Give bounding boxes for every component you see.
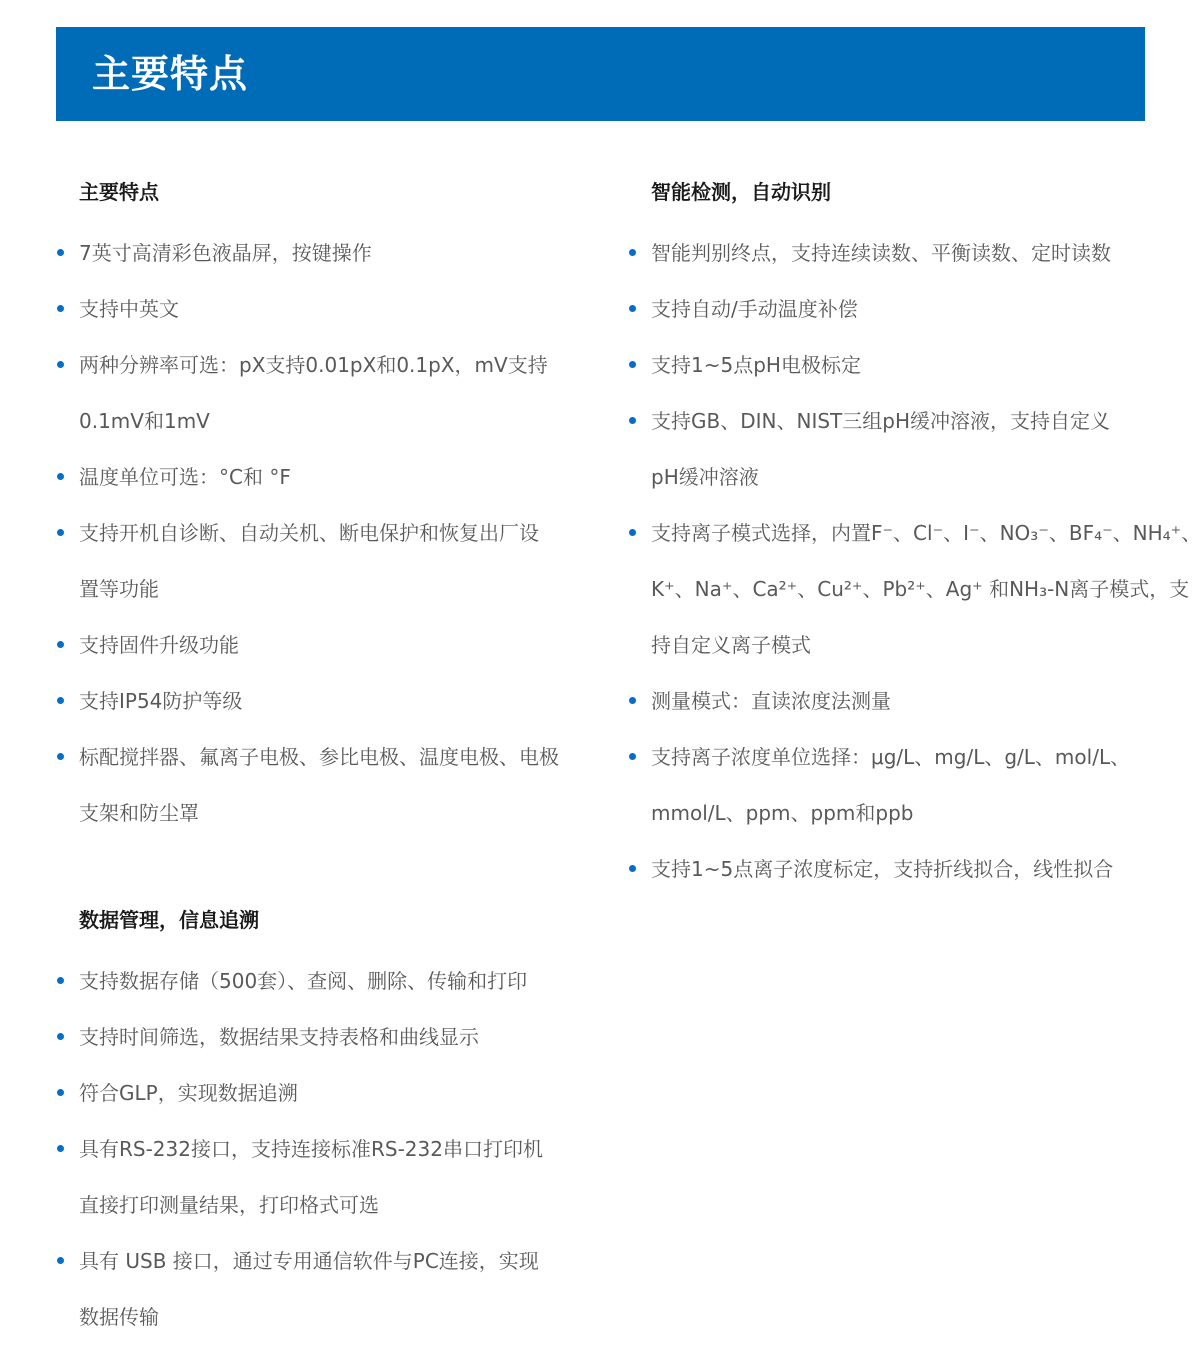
feature-list: 智能判别终点，支持连续读数、平衡读数、定时读数 支持自动/手动温度补偿 支持1~…: [628, 225, 1188, 897]
item-text: 支持时间筛选，数据结果支持表格和曲线显示: [79, 1009, 616, 1065]
item-text: 支持中英文: [79, 281, 616, 337]
item-text: pH缓冲溶液: [651, 449, 1188, 505]
bullet-dot-icon: [57, 1033, 64, 1040]
bullet-dot-icon: [57, 249, 64, 256]
item-text: 支持离子模式选择，内置F⁻、Cl⁻、I⁻、NO₃⁻、BF₄⁻、NH₄⁺、: [651, 505, 1188, 561]
list-item: 具有RS-232接口，支持连接标准RS-232串口打印机 直接打印测量结果，打印…: [56, 1121, 616, 1233]
list-item: 支持GB、DIN、NIST三组pH缓冲溶液，支持自定义 pH缓冲溶液: [628, 393, 1188, 505]
section-title: 主要特点: [79, 177, 159, 207]
item-text: 温度单位可选：°C和 °F: [79, 449, 616, 505]
item-text: 支架和防尘罩: [79, 785, 616, 841]
list-item: 支持IP54防护等级: [56, 673, 616, 729]
item-text: mmol/L、ppm、ppm和ppb: [651, 785, 1188, 841]
list-item: 支持固件升级功能: [56, 617, 616, 673]
item-text: 两种分辨率可选：pX支持0.01pX和0.1pX，mV支持: [79, 337, 616, 393]
item-text: 测量模式：直读浓度法测量: [651, 673, 1188, 729]
bullet-dot-icon: [57, 697, 64, 704]
list-item: 支持时间筛选，数据结果支持表格和曲线显示: [56, 1009, 616, 1065]
item-text: 支持IP54防护等级: [79, 673, 616, 729]
list-item: 支持自动/手动温度补偿: [628, 281, 1188, 337]
item-text: 支持GB、DIN、NIST三组pH缓冲溶液，支持自定义: [651, 393, 1188, 449]
header-banner: 主要特点: [56, 27, 1145, 121]
list-item: 7英寸高清彩色液晶屏，按键操作: [56, 225, 616, 281]
list-item: 符合GLP，实现数据追溯: [56, 1065, 616, 1121]
list-item: 支持1~5点pH电极标定: [628, 337, 1188, 393]
item-text: 符合GLP，实现数据追溯: [79, 1065, 616, 1121]
list-item: 温度单位可选：°C和 °F: [56, 449, 616, 505]
list-item: 具有 USB 接口，通过专用通信软件与PC连接，实现 数据传输: [56, 1233, 616, 1345]
item-text: 0.1mV和1mV: [79, 393, 616, 449]
bullet-dot-icon: [57, 1089, 64, 1096]
section-title: 智能检测，自动识别: [651, 177, 831, 207]
bullet-dot-icon: [57, 305, 64, 312]
item-text: 智能判别终点，支持连续读数、平衡读数、定时读数: [651, 225, 1188, 281]
item-text: 支持自动/手动温度补偿: [651, 281, 1188, 337]
item-text: 支持固件升级功能: [79, 617, 616, 673]
item-text: 标配搅拌器、氟离子电极、参比电极、温度电极、电极: [79, 729, 616, 785]
item-text: 持自定义离子模式: [651, 617, 1188, 673]
item-text: K⁺、Na⁺、Ca²⁺、Cu²⁺、Pb²⁺、Ag⁺ 和NH₃-N离子模式，支: [651, 561, 1188, 617]
feature-list: 支持数据存储（500套）、查阅、删除、传输和打印 支持时间筛选，数据结果支持表格…: [56, 953, 616, 1345]
list-item: 支持数据存储（500套）、查阅、删除、传输和打印: [56, 953, 616, 1009]
list-item: 支持离子模式选择，内置F⁻、Cl⁻、I⁻、NO₃⁻、BF₄⁻、NH₄⁺、 K⁺、…: [628, 505, 1188, 673]
item-text: 具有 USB 接口，通过专用通信软件与PC连接，实现: [79, 1233, 616, 1289]
bullet-dot-icon: [629, 417, 636, 424]
item-text: 支持1~5点pH电极标定: [651, 337, 1188, 393]
list-item: 支持1~5点离子浓度标定，支持折线拟合，线性拟合: [628, 841, 1188, 897]
item-text: 支持开机自诊断、自动关机、断电保护和恢复出厂设: [79, 505, 616, 561]
bullet-dot-icon: [57, 977, 64, 984]
feature-list: 7英寸高清彩色液晶屏，按键操作 支持中英文 两种分辨率可选：pX支持0.01pX…: [56, 225, 616, 841]
list-item: 支持开机自诊断、自动关机、断电保护和恢复出厂设 置等功能: [56, 505, 616, 617]
bullet-dot-icon: [629, 697, 636, 704]
item-text: 7英寸高清彩色液晶屏，按键操作: [79, 225, 616, 281]
item-text: 支持1~5点离子浓度标定，支持折线拟合，线性拟合: [651, 841, 1188, 897]
item-text: 具有RS-232接口，支持连接标准RS-232串口打印机: [79, 1121, 616, 1177]
item-text: 支持数据存储（500套）、查阅、删除、传输和打印: [79, 953, 616, 1009]
bullet-dot-icon: [57, 1145, 64, 1152]
bullet-dot-icon: [629, 529, 636, 536]
list-item: 智能判别终点，支持连续读数、平衡读数、定时读数: [628, 225, 1188, 281]
bullet-dot-icon: [57, 753, 64, 760]
bullet-dot-icon: [629, 249, 636, 256]
list-item: 两种分辨率可选：pX支持0.01pX和0.1pX，mV支持 0.1mV和1mV: [56, 337, 616, 449]
bullet-dot-icon: [629, 753, 636, 760]
bullet-dot-icon: [629, 865, 636, 872]
item-text: 置等功能: [79, 561, 616, 617]
list-item: 标配搅拌器、氟离子电极、参比电极、温度电极、电极 支架和防尘罩: [56, 729, 616, 841]
list-item: 支持中英文: [56, 281, 616, 337]
item-text: 支持离子浓度单位选择：μg/L、mg/L、g/L、mol/L、: [651, 729, 1188, 785]
banner-title: 主要特点: [92, 27, 248, 121]
bullet-dot-icon: [57, 641, 64, 648]
bullet-dot-icon: [629, 361, 636, 368]
bullet-dot-icon: [57, 473, 64, 480]
list-item: 测量模式：直读浓度法测量: [628, 673, 1188, 729]
item-text: 数据传输: [79, 1289, 616, 1345]
list-item: 支持离子浓度单位选择：μg/L、mg/L、g/L、mol/L、 mmol/L、p…: [628, 729, 1188, 841]
item-text: 直接打印测量结果，打印格式可选: [79, 1177, 616, 1233]
bullet-dot-icon: [57, 1257, 64, 1264]
section-title: 数据管理，信息追溯: [79, 905, 259, 935]
bullet-dot-icon: [629, 305, 636, 312]
bullet-dot-icon: [57, 361, 64, 368]
bullet-dot-icon: [57, 529, 64, 536]
